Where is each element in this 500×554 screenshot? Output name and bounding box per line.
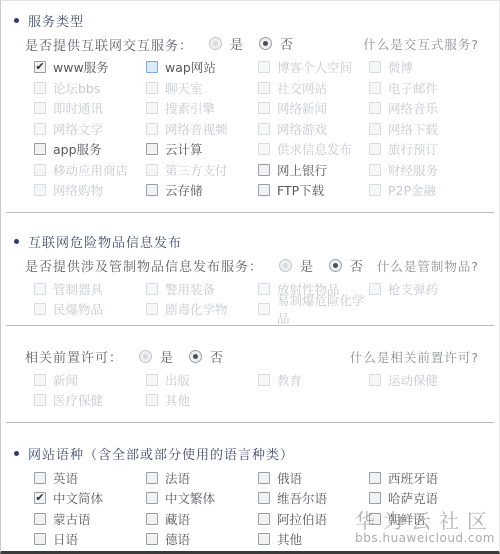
question-label: 是否提供互联网交互服务：	[25, 35, 193, 54]
checkbox-item: 管制器具	[34, 279, 146, 300]
checkbox-icon	[34, 374, 46, 386]
checkbox-item: 网络音视频	[146, 119, 258, 140]
checkbox-label: 中文繁体	[165, 489, 215, 507]
checkbox-label: wap网站	[165, 58, 216, 76]
checkbox-label: 阿拉伯语	[277, 510, 327, 528]
question-label: 相关前置许可：	[25, 347, 123, 366]
section-title-service-type: 服务类型	[11, 10, 479, 30]
checkbox-item: 搜索引擎	[146, 98, 258, 119]
radio-group-interactive-service: 是否	[209, 34, 309, 54]
checkbox-label: 朝鲜语	[388, 510, 426, 528]
checkbox-item[interactable]: FTP下载	[258, 180, 369, 201]
checkbox-icon	[34, 184, 46, 196]
checkbox-icon	[34, 472, 46, 484]
checkbox-grid-site-language: 英语法语俄语西班牙语✔中文简体中文繁体维吾尔语哈萨克语蒙古语藏语阿拉伯语朝鲜语日…	[34, 468, 479, 550]
checkbox-icon	[258, 102, 270, 114]
checkbox-label: app服务	[53, 140, 102, 158]
checkbox-label: 哈萨克语	[388, 489, 438, 507]
checkbox-grid-service-type: ✔www服务wap网站博客个人空间微博论坛bbs聊天室社交网站电子邮件即时通讯搜…	[34, 57, 479, 201]
checkbox-item: 博客个人空间	[258, 57, 369, 78]
checkbox-icon	[258, 143, 270, 155]
checkbox-label: 网上银行	[277, 161, 327, 179]
checkbox-item: 网络游戏	[258, 119, 369, 140]
section-title-text: 网站语种（含全部或部分使用的语言种类）	[28, 444, 294, 463]
checkbox-label: 网络音乐	[388, 99, 438, 117]
radio-option[interactable]: 是	[209, 34, 243, 53]
checkbox-item[interactable]: 英语	[34, 468, 146, 489]
checkbox-label: 网络文学	[53, 120, 103, 138]
bullet-icon	[14, 239, 19, 244]
section-title-dangerous-goods: 互联网危险物品信息发布	[11, 232, 479, 252]
checkbox-item: 即时通讯	[34, 98, 146, 119]
checkbox-icon	[258, 123, 270, 135]
checkbox-icon	[34, 143, 46, 155]
checkbox-item[interactable]: 俄语	[258, 468, 369, 489]
checkbox-label: 博客个人空间	[277, 58, 352, 76]
checkbox-icon	[258, 164, 270, 176]
checkbox-label: 移动应用商店	[53, 161, 128, 179]
checkbox-item: 警用装备	[146, 279, 258, 300]
checkbox-item[interactable]: 维吾尔语	[258, 488, 369, 509]
checkbox-item: P2P金融	[369, 180, 479, 201]
radio-option[interactable]: 否	[259, 34, 293, 53]
checkbox-label: 管制器具	[53, 280, 103, 298]
checkbox-item: 教育	[258, 370, 369, 391]
checkbox-icon	[369, 164, 381, 176]
checkbox-item[interactable]: 云计算	[146, 139, 258, 160]
checkbox-item[interactable]: 网上银行	[258, 160, 369, 181]
radio-label: 是	[300, 256, 313, 275]
radio-label: 是	[230, 34, 243, 53]
checkbox-item: 移动应用商店	[34, 160, 146, 181]
radio-label: 是	[160, 347, 173, 366]
radio-icon	[279, 259, 292, 272]
checkbox-item: 运动保健	[369, 370, 479, 391]
radio-option[interactable]: 是	[139, 347, 173, 366]
checkbox-label: 其他	[165, 391, 190, 409]
checkbox-icon	[146, 472, 158, 484]
radio-label: 否	[350, 256, 363, 275]
checkbox-label: 网络购物	[53, 181, 103, 199]
checkbox-icon	[34, 394, 46, 406]
checkbox-label: 搜索引擎	[165, 99, 215, 117]
checkbox-item: 聊天室	[146, 78, 258, 99]
checkbox-item: 网络下载	[369, 119, 479, 140]
checkbox-item[interactable]: ✔中文简体	[34, 488, 146, 509]
question-controlled-goods: 是否提供涉及管制物品信息发布服务： 是否 什么是管制物品?	[25, 256, 479, 276]
checkbox-icon	[34, 533, 46, 545]
checkbox-label: 英语	[53, 469, 78, 487]
checkbox-icon	[258, 533, 270, 545]
checkbox-label: 医疗保健	[53, 391, 103, 409]
section-service-type: 服务类型 是否提供互联网交互服务： 是否 什么是交互式服务? ✔www服务wap…	[1, 1, 499, 212]
checkbox-icon	[146, 513, 158, 525]
checkbox-icon	[369, 82, 381, 94]
checkbox-icon	[258, 492, 270, 504]
radio-icon	[209, 37, 222, 50]
checkbox-icon	[369, 123, 381, 135]
checkbox-label: 网络音视频	[165, 120, 228, 138]
checkbox-icon	[369, 283, 381, 295]
checkbox-label: 维吾尔语	[277, 489, 327, 507]
checkbox-label: 法语	[165, 469, 190, 487]
section-site-language: 网站语种（含全部或部分使用的语言种类） 英语法语俄语西班牙语✔中文简体中文繁体维…	[1, 423, 499, 550]
checkbox-label: 剧毒化学物	[165, 300, 228, 318]
checkbox-item: 其他	[146, 390, 258, 411]
section-title-text: 互联网危险物品信息发布	[28, 232, 182, 251]
checkbox-icon	[146, 61, 158, 73]
checkbox-label: 新闻	[53, 371, 78, 389]
bullet-icon	[14, 451, 19, 456]
checkbox-item[interactable]: 哈萨克语	[369, 488, 479, 509]
checkbox-label: 警用装备	[165, 280, 215, 298]
checkbox-icon	[146, 164, 158, 176]
checkbox-label: 电子邮件	[388, 79, 438, 97]
radio-label: 否	[280, 34, 293, 53]
checkbox-label: 中文简体	[53, 489, 103, 507]
checkbox-item: 枪支弹药	[369, 279, 479, 300]
checkbox-label: 俄语	[277, 469, 302, 487]
checkbox-icon	[369, 143, 381, 155]
checkbox-icon	[369, 374, 381, 386]
help-link-interactive-service[interactable]: 什么是交互式服务?	[363, 35, 479, 53]
checkbox-label: 网络下载	[388, 120, 438, 138]
checkbox-label: P2P金融	[388, 181, 436, 199]
checkbox-item: 第三方支付	[146, 160, 258, 181]
checkbox-icon	[146, 184, 158, 196]
checkbox-icon	[146, 123, 158, 135]
checkbox-label: 微博	[388, 58, 413, 76]
checkbox-icon	[258, 374, 270, 386]
checkbox-icon	[146, 492, 158, 504]
checkbox-label: 供求信息发布	[277, 140, 352, 158]
checkbox-icon	[369, 513, 381, 525]
radio-selected-icon	[259, 37, 272, 50]
checkbox-icon	[258, 513, 270, 525]
question-label: 是否提供涉及管制物品信息发布服务：	[25, 256, 263, 275]
radio-option[interactable]: 否	[329, 256, 363, 275]
checkbox-label: 易制爆危险化学品	[277, 291, 369, 327]
section-title-text: 服务类型	[28, 11, 84, 30]
checkbox-item: 网络文学	[34, 119, 146, 140]
checkbox-label: 枪支弹药	[388, 280, 438, 298]
checkbox-label: 德语	[165, 530, 190, 548]
checkbox-icon	[34, 82, 46, 94]
checkbox-item[interactable]: 蒙古语	[34, 509, 146, 530]
checkbox-item: 财经服务	[369, 160, 479, 181]
checkbox-item[interactable]: 藏语	[146, 509, 258, 530]
checkbox-item[interactable]: wap网站	[146, 57, 258, 78]
checkbox-item: 网络购物	[34, 180, 146, 201]
radio-label: 否	[210, 347, 223, 366]
checkbox-icon	[146, 303, 158, 315]
checkbox-checked-icon: ✔	[34, 492, 46, 504]
checkbox-icon	[146, 143, 158, 155]
checkbox-icon	[258, 303, 270, 315]
checkbox-grid-pre-license: 新闻出版教育运动保健医疗保健其他	[34, 370, 479, 411]
question-pre-license: 相关前置许可： 是否 什么是相关前置许可?	[25, 347, 479, 367]
checkbox-label: 教育	[277, 371, 302, 389]
checkbox-label: 藏语	[165, 510, 190, 528]
checkbox-icon	[34, 102, 46, 114]
checkbox-icon	[258, 283, 270, 295]
checkbox-item: 医疗保健	[34, 390, 146, 411]
checkbox-icon	[146, 102, 158, 114]
checkbox-item[interactable]: app服务	[34, 139, 146, 160]
checkbox-icon	[369, 492, 381, 504]
checkbox-item[interactable]: 日语	[34, 529, 146, 550]
radio-option[interactable]: 是	[279, 256, 313, 275]
section-pre-license: 相关前置许可： 是否 什么是相关前置许可? 新闻出版教育运动保健医疗保健其他	[1, 326, 499, 422]
help-link-pre-license[interactable]: 什么是相关前置许可?	[350, 348, 479, 366]
checkbox-icon	[369, 102, 381, 114]
checkbox-item[interactable]: 西班牙语	[369, 468, 479, 489]
checkbox-icon	[34, 303, 46, 315]
checkbox-icon	[369, 61, 381, 73]
question-interactive-service: 是否提供互联网交互服务： 是否 什么是交互式服务?	[25, 34, 479, 54]
checkbox-item: 剧毒化学物	[146, 299, 258, 320]
radio-selected-icon	[329, 259, 342, 272]
checkbox-icon	[258, 184, 270, 196]
checkbox-item: 社交网站	[258, 78, 369, 99]
checkbox-checked-icon: ✔	[34, 61, 46, 73]
checkbox-item: 网络新闻	[258, 98, 369, 119]
checkbox-icon	[34, 283, 46, 295]
checkbox-label: 出版	[165, 371, 190, 389]
checkbox-label: 旅行预订	[388, 140, 438, 158]
checkbox-label: 第三方支付	[165, 161, 228, 179]
checkbox-item: 网络音乐	[369, 98, 479, 119]
checkbox-icon	[34, 164, 46, 176]
checkbox-item[interactable]: 其他	[258, 529, 369, 550]
checkbox-label: 云计算	[165, 140, 203, 158]
checkbox-icon	[146, 374, 158, 386]
radio-option[interactable]: 否	[189, 347, 223, 366]
checkbox-label: 聊天室	[165, 79, 203, 97]
radio-group-pre-license: 是否	[139, 347, 239, 367]
checkbox-item[interactable]: 云存储	[146, 180, 258, 201]
checkbox-icon	[258, 61, 270, 73]
checkbox-item: 旅行预订	[369, 139, 479, 160]
checkbox-item: 供求信息发布	[258, 139, 369, 160]
checkbox-icon	[34, 513, 46, 525]
form-panel: 服务类型 是否提供互联网交互服务： 是否 什么是交互式服务? ✔www服务wap…	[0, 0, 500, 554]
section-dangerous-goods: 互联网危险物品信息发布 是否提供涉及管制物品信息发布服务： 是否 什么是管制物品…	[1, 213, 499, 325]
checkbox-item[interactable]: 法语	[146, 468, 258, 489]
checkbox-icon	[258, 82, 270, 94]
checkbox-icon	[369, 472, 381, 484]
checkbox-icon	[369, 184, 381, 196]
checkbox-item: 微博	[369, 57, 479, 78]
checkbox-item: 电子邮件	[369, 78, 479, 99]
section-title-site-language: 网站语种（含全部或部分使用的语言种类）	[11, 444, 479, 464]
checkbox-icon	[146, 533, 158, 545]
checkbox-label: FTP下载	[277, 181, 324, 199]
checkbox-label: 云存储	[165, 181, 203, 199]
checkbox-item: 出版	[146, 370, 258, 391]
checkbox-item[interactable]: ✔www服务	[34, 57, 146, 78]
checkbox-label: 财经服务	[388, 161, 438, 179]
bullet-icon	[14, 18, 19, 23]
checkbox-icon	[146, 82, 158, 94]
checkbox-label: 蒙古语	[53, 510, 91, 528]
checkbox-item: 论坛bbs	[34, 78, 146, 99]
checkbox-label: 网络新闻	[277, 99, 327, 117]
checkbox-grid-dangerous-goods: 管制器具警用装备放射性物品枪支弹药民爆物品剧毒化学物易制爆危险化学品	[34, 279, 479, 320]
checkbox-item[interactable]: 德语	[146, 529, 258, 550]
checkbox-item: 新闻	[34, 370, 146, 391]
help-link-controlled-goods[interactable]: 什么是管制物品?	[377, 257, 479, 275]
checkbox-label: 其他	[277, 530, 302, 548]
checkbox-icon	[146, 283, 158, 295]
checkbox-label: 社交网站	[277, 79, 327, 97]
checkbox-item: 易制爆危险化学品	[258, 299, 369, 320]
radio-selected-icon	[189, 350, 202, 363]
radio-group-controlled-goods: 是否	[279, 256, 379, 276]
checkbox-icon	[258, 472, 270, 484]
checkbox-icon	[146, 394, 158, 406]
checkbox-label: 论坛bbs	[53, 79, 100, 97]
checkbox-label: 网络游戏	[277, 120, 327, 138]
checkbox-label: 即时通讯	[53, 99, 103, 117]
checkbox-item[interactable]: 中文繁体	[146, 488, 258, 509]
checkbox-label: www服务	[53, 58, 109, 76]
checkbox-label: 西班牙语	[388, 469, 438, 487]
checkbox-label: 日语	[53, 530, 78, 548]
checkbox-label: 运动保健	[388, 371, 438, 389]
checkbox-label: 民爆物品	[53, 300, 103, 318]
checkbox-item[interactable]: 朝鲜语	[369, 509, 479, 530]
checkbox-icon	[34, 123, 46, 135]
checkbox-item: 民爆物品	[34, 299, 146, 320]
radio-icon	[139, 350, 152, 363]
checkbox-item[interactable]: 阿拉伯语	[258, 509, 369, 530]
